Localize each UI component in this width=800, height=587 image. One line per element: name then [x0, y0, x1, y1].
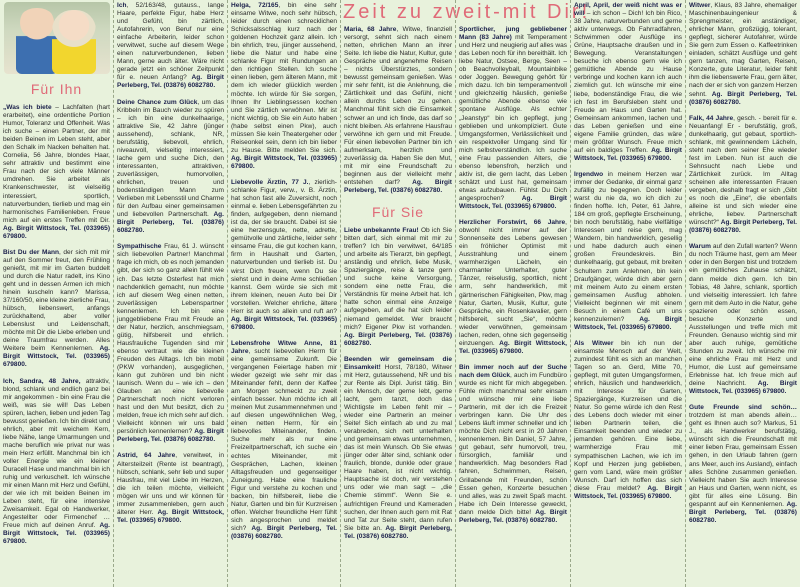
- ad-listing: Gute Freunde sind schön… trotzdem ist ma…: [689, 404, 797, 525]
- ad-listing: Sympathische Frau, 61 J. wünscht sich li…: [117, 243, 224, 444]
- ad-listing: Beenden wir gemeinsam die Einsamkeit! Ho…: [344, 356, 452, 541]
- ad-listing: April, April, der weiß nicht was er will…: [574, 2, 682, 163]
- ad-listing: Witwer, Klaus, 83 Jahre, ehemaliger Masc…: [689, 2, 797, 107]
- column-5: Sportlicher, jung gebliebener Mann (83 J…: [456, 0, 570, 587]
- ad-listing: Warum auf den Zufall warten? Wenn du noc…: [689, 243, 797, 396]
- ad-listing: Als Witwer bin ich nun der einsamste Men…: [574, 340, 682, 501]
- photo-woman: [52, 10, 96, 74]
- ad-listing: Bist Du der Mann, der sich mit mir auf d…: [3, 249, 110, 370]
- ad-listing: Falk, 44 Jahre, gesch. - bereit für e. N…: [689, 115, 797, 236]
- ad-listing: Ich, Sandra, 48 Jahre, attraktiv, blond,…: [3, 378, 110, 547]
- section-title-fuer-sie: Für Sie: [344, 203, 452, 221]
- ad-listing: Lebensfrohe Witwe Anne, 81 Jahre, sucht …: [231, 340, 337, 541]
- ad-listing: Ich, 52/163/48, gutauss., lange Haare, p…: [117, 2, 224, 91]
- ad-listing: Maria, 68 Jahre, Witwe, finanziell verso…: [344, 26, 452, 195]
- section-title-fuer-ihn: Für Ihn: [3, 80, 110, 98]
- ad-listing: Bin immer noch auf der Suche nach dem Gl…: [459, 364, 567, 525]
- column-4: Maria, 68 Jahre, Witwe, finanziell verso…: [341, 0, 455, 587]
- column-3: Helga, 72/165, bin eine sehr einsame Wit…: [228, 0, 340, 587]
- personals-page: Zeit zu zweit-mit Dir! Für Ihn „Was ich …: [0, 0, 800, 587]
- ad-listing: Irgendwo in meinem Herzen war immer der …: [574, 171, 682, 332]
- column-7: Witwer, Klaus, 83 Jahre, ehemaliger Masc…: [686, 0, 800, 587]
- ad-listing: Liebe unbekannte Frau! Ob ich Sie bitten…: [344, 227, 452, 348]
- ad-listing: Herzlicher Forstwirt, 66 Jahre, obwohl n…: [459, 219, 567, 356]
- ad-listing: Liebevolle Ärztin, 77 J., zierlich-schla…: [231, 179, 337, 332]
- ad-listing: Sportlicher, jung gebliebener Mann (83 J…: [459, 26, 567, 211]
- ad-listing: „Was ich biete – Lachfalten (hart erarbe…: [3, 104, 110, 241]
- ad-listing: Astrid, 64 Jahre, verwitwet, in Alterste…: [117, 452, 224, 524]
- ad-listing: Deine Chance zum Glück, um das Kribbeln …: [117, 99, 224, 236]
- couple-photo: [4, 2, 110, 74]
- column-1: Für Ihn „Was ich biete – Lachfalten (har…: [0, 0, 113, 587]
- ad-listing: Helga, 72/165, bin eine sehr einsame Wit…: [231, 2, 337, 171]
- column-2: Ich, 52/163/48, gutauss., lange Haare, p…: [114, 0, 227, 587]
- column-6: April, April, der weiß nicht was er will…: [571, 0, 685, 587]
